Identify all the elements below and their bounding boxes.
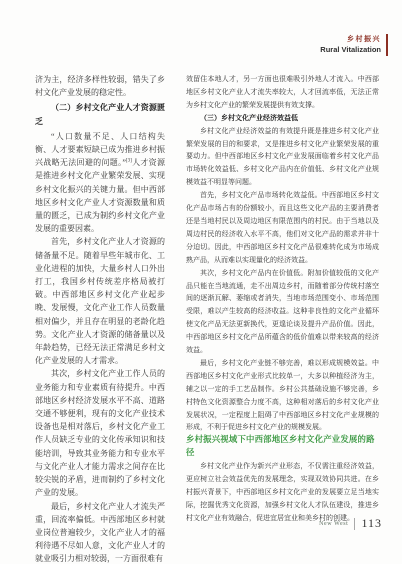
- right-text-column: 效留住本地人才，另一方面也很难吸引外地人才流入。中西部地区乡村文化产业人才流失率…: [186, 73, 379, 525]
- paragraph: 最后，乡村文化产业链不够完善，难以形成规模效益。中西部地区乡村文化产业形式比较单…: [186, 357, 379, 434]
- paragraph: 其次，乡村文化产品内在价值低。附加价值较低的文化产品只能在当地流通，走不出周边乡…: [186, 267, 379, 357]
- header-tag-group: 乡村振兴 Rural Vitalization: [320, 35, 381, 55]
- paragraph: “人口数量不足、人口结构失衡、人才要素短缺已成为推进乡村振兴战略无法回避的问题。…: [35, 130, 165, 236]
- page-footer: New West 113: [319, 516, 382, 531]
- journal-name: New West: [319, 521, 348, 527]
- header-tag-english: Rural Vitalization: [320, 45, 381, 55]
- paragraph: 乡村文化产业经济效益的有效提升既是推进乡村文化产业繁荣发展的目的和要求，又是推进…: [186, 125, 379, 190]
- section-heading-path: 乡村振兴视域下中西部地区乡村文化产业发展的路径: [186, 434, 379, 460]
- paragraph-continuation: 济为主，经济多样性较弱，错失了乡村文化产业发展的稳定性。: [35, 73, 165, 99]
- left-text-column: 济为主，经济多样性较弱，错失了乡村文化产业发展的稳定性。 （二）乡村文化产业人才…: [35, 73, 165, 564]
- paragraph-text: 人才资源是推进乡村文化产业繁荣发展、实现乡村文化振兴的关键力量。但中西部地区乡村…: [35, 158, 165, 233]
- page-number: 113: [361, 516, 382, 531]
- journal-page: 乡村振兴 Rural Vitalization 济为主，经济多样性较弱，错失了乡…: [0, 0, 402, 564]
- paragraph: 其次，乡村文化产业工作人员的业务能力和专业素质有待提升。中西部地区乡村经济发展水…: [35, 367, 165, 499]
- header-tag-chinese: 乡村振兴: [320, 35, 381, 44]
- footer-divider: [354, 518, 355, 530]
- paragraph: 最后，乡村文化产业人才流失严重，回流率偏低。中西部地区乡村就业岗位普遍较少，文化…: [35, 500, 165, 564]
- paragraph: 首先，乡村文化产品市场转化效益低。中西部地区乡村文化产品市场占有的份额较小，而且…: [186, 189, 379, 266]
- subsection-heading-talent: （二）乡村文化产业人才资源匮乏: [35, 101, 165, 127]
- paragraph-continuation: 效留住本地人才，另一方面也很难吸引外地人才流入。中西部地区乡村文化产业人才流失率…: [186, 73, 379, 112]
- paragraph: 首先，乡村文化产业人才资源的储备量不足。随着早些年城市化、工业化进程的加快，大量…: [35, 235, 165, 367]
- header-divider-bar: [386, 34, 388, 56]
- page-header: 乡村振兴 Rural Vitalization: [320, 34, 388, 56]
- subsection-heading-economy: （三）乡村文化产业经济效益低: [186, 112, 379, 125]
